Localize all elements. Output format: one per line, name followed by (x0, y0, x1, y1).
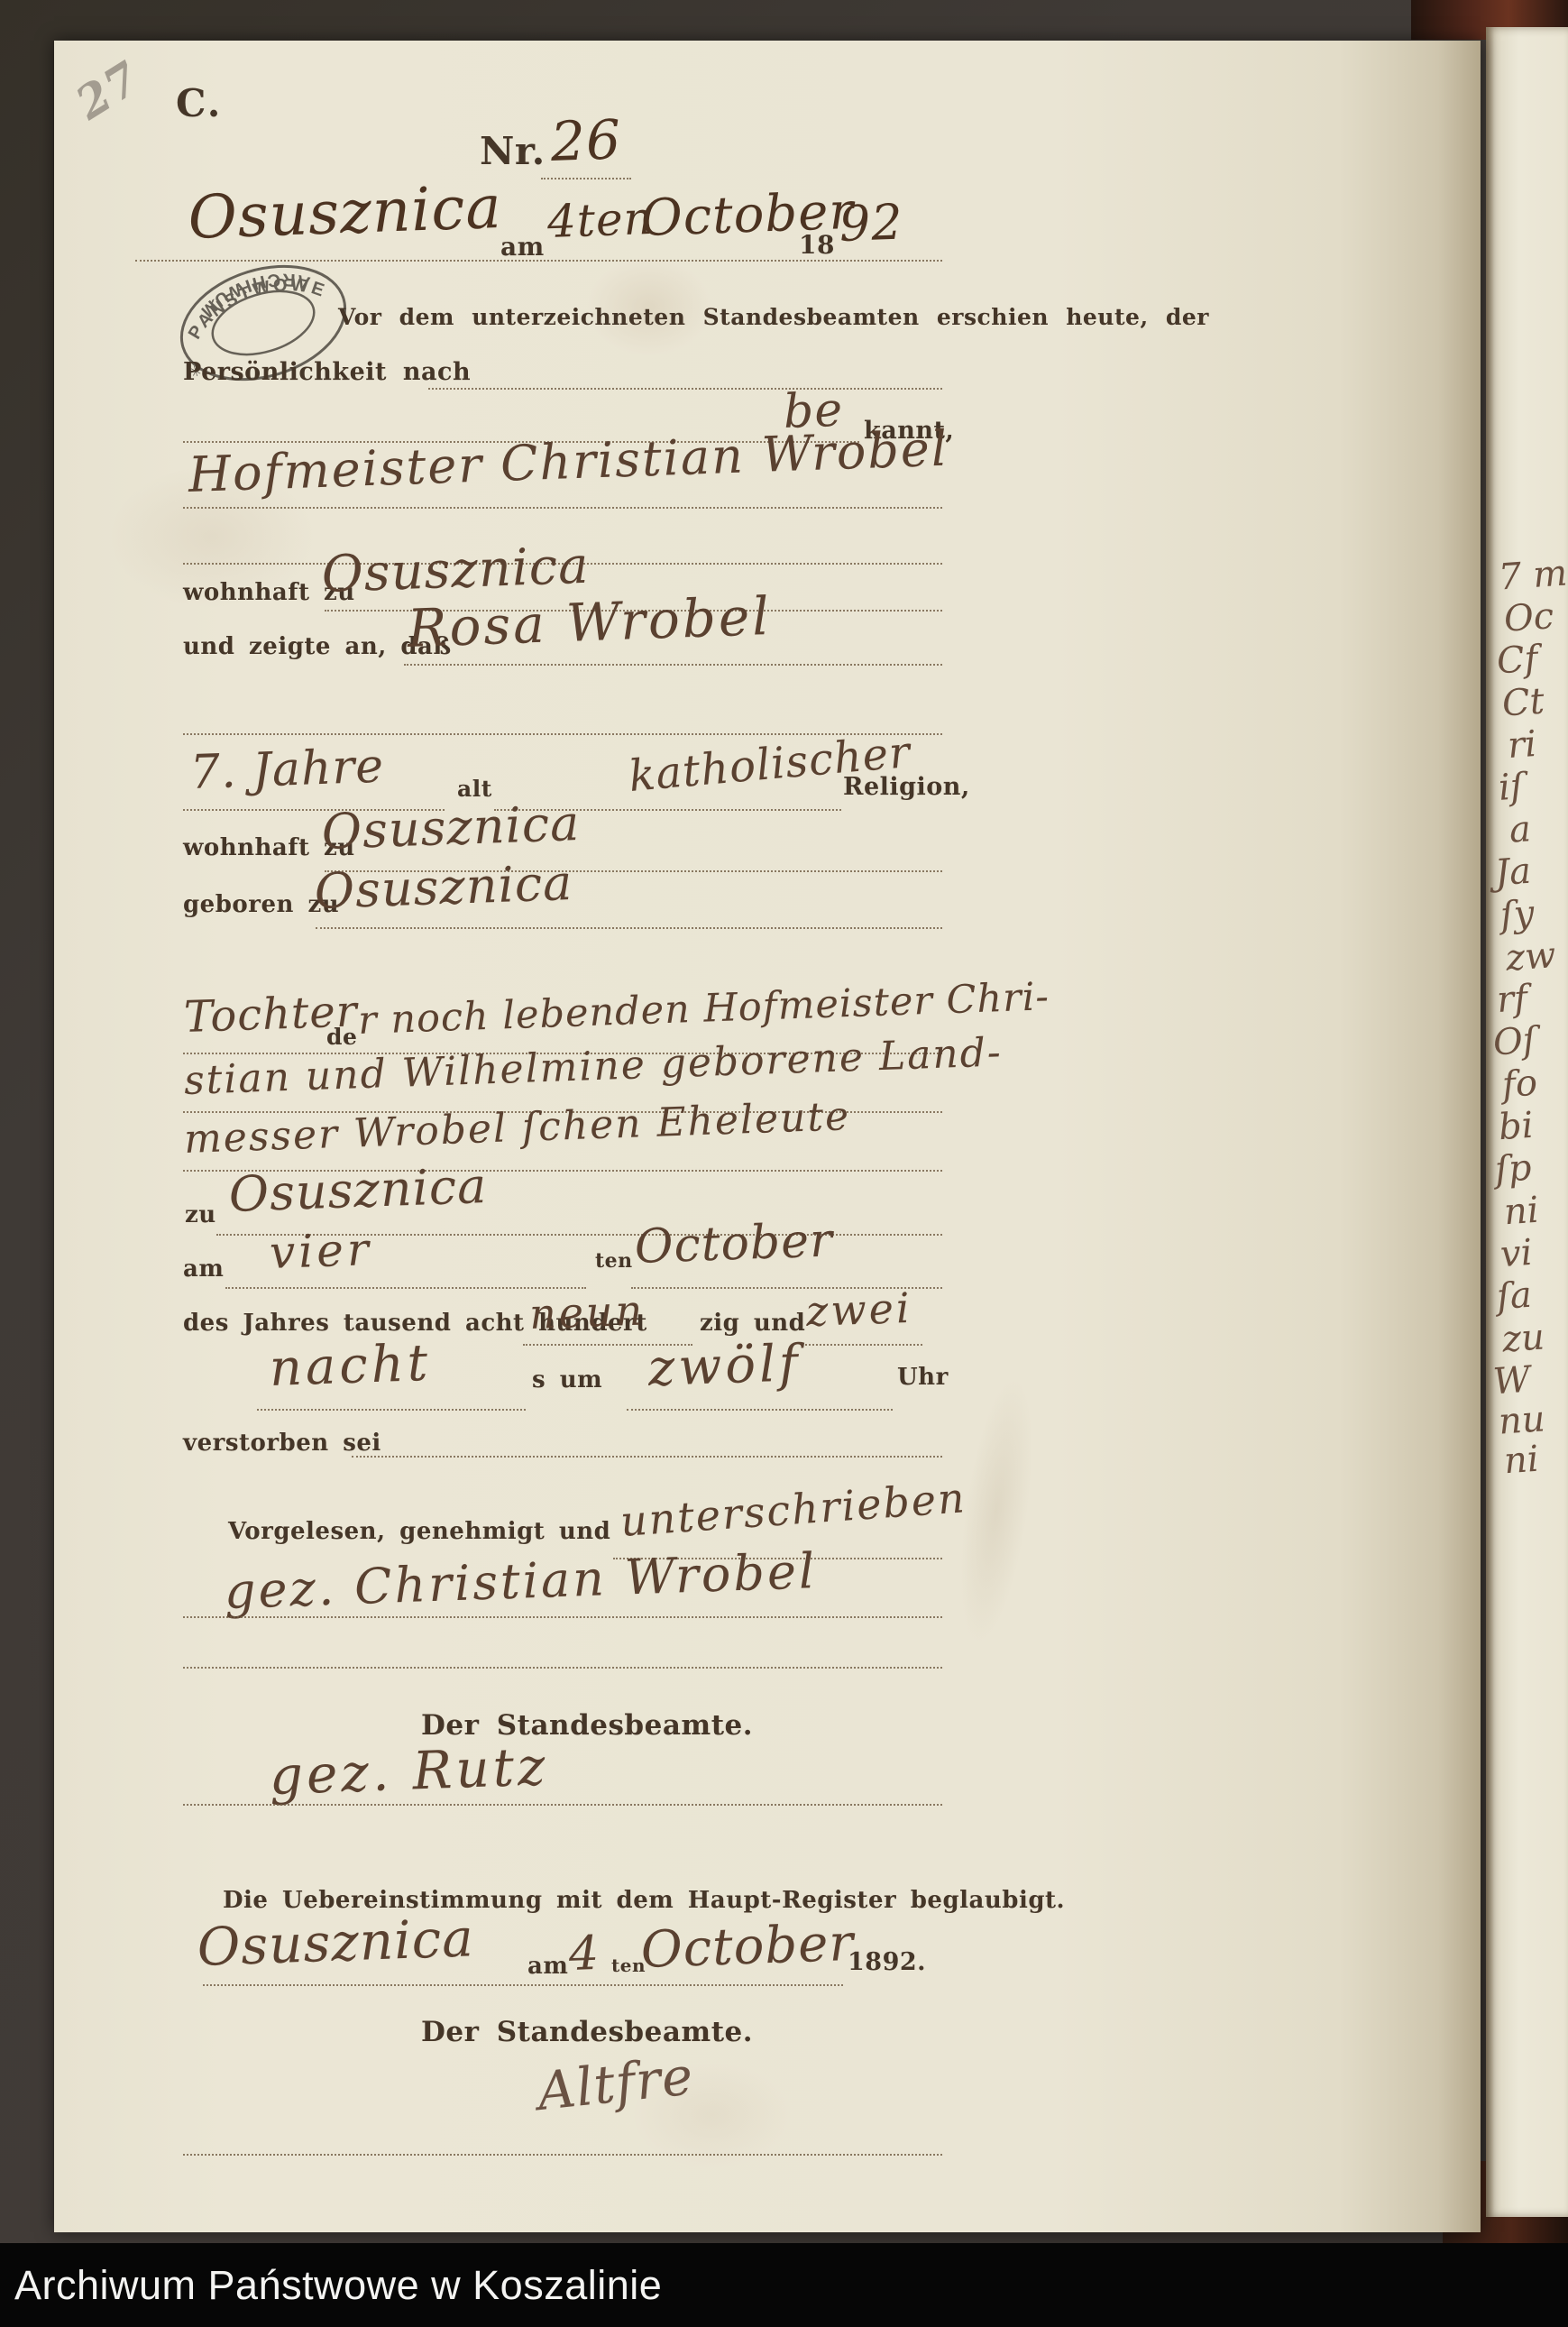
cert-am-label: am (527, 1953, 568, 1980)
handwriting-fragment: Oc (1502, 595, 1554, 640)
certification-line: Die Uebereinstimmung mit dem Haupt-Regis… (223, 1887, 1065, 1914)
cert-place: Osusznica (197, 1907, 475, 1978)
handwriting-fragment: Ct (1500, 680, 1545, 724)
religion-label: Religion, (843, 773, 970, 801)
death-time-printed2: Uhr (897, 1364, 949, 1391)
declarant-name: Hofmeister Christian Wrobel (188, 420, 949, 503)
age-value: 7. Jahre (189, 740, 385, 800)
death-time-handwritten1: nacht (269, 1334, 433, 1398)
dotted-line (183, 2154, 942, 2156)
form-intro-line: Vor dem unterzeichneten Standesbeamten e… (338, 304, 1209, 330)
dotted-line (203, 1984, 843, 1986)
pencil-page-number: 27 (67, 51, 150, 130)
adjacent-page-edge: 7 m Oc Cf Ct ri iſ a Ja ſy zw rf Oſ fo b… (1486, 27, 1568, 2217)
dotted-line (183, 507, 942, 509)
dotted-line (352, 1456, 942, 1458)
readout-printed: Vorgelesen, genehmigt und (228, 1518, 610, 1545)
dotted-line (183, 1667, 942, 1669)
death-day-label: am (183, 1255, 224, 1283)
final-signature: Altfre (535, 2045, 696, 2122)
handwriting-fragment: bi (1497, 1105, 1535, 1149)
handwriting-fragment: ſp (1493, 1147, 1533, 1191)
registrar-heading-2: Der Standesbeamte. (421, 2016, 753, 2048)
residence2-value: Osusznica (321, 795, 581, 860)
handwriting-fragment: ſy (1499, 893, 1536, 936)
dotted-line (316, 927, 942, 929)
dotted-line (428, 388, 942, 390)
birth-value: Osusznica (314, 854, 573, 920)
dateline-year-handwritten: 92 (839, 194, 904, 253)
handwriting-fragment: 7 m (1497, 552, 1568, 598)
death-day-value: vier (269, 1223, 373, 1279)
record-number-value: 26 (550, 108, 623, 174)
death-place-value: Osusznica (228, 1157, 488, 1223)
handwriting-fragment: ni (1502, 1439, 1540, 1483)
handwriting-fragment: W (1491, 1359, 1531, 1403)
handwriting-fragment: Cf (1495, 638, 1539, 682)
register-form-page: 27 C. Nr. 26 Osusznica am 4ten October 1… (54, 41, 1481, 2232)
parents-line1-printed: de (326, 1024, 357, 1050)
handwriting-fragment: zw (1504, 934, 1556, 980)
handwriting-fragment: ri (1506, 723, 1537, 767)
death-place-label: zu (185, 1201, 216, 1228)
dotted-line (257, 1409, 526, 1411)
dotted-line (541, 178, 631, 179)
dotted-line (135, 260, 942, 262)
corner-letter: C. (176, 81, 222, 125)
readout-handwritten: unterschrieben (619, 1473, 967, 1546)
dotted-line (801, 1344, 922, 1346)
scanned-register-page: 7 m Oc Cf Ct ri iſ a Ja ſy zw rf Oſ fo b… (0, 0, 1568, 2327)
handwriting-fragment: iſ (1497, 766, 1525, 809)
handwriting-fragment: ſa (1495, 1274, 1533, 1319)
dotted-line (183, 1804, 942, 1806)
handwriting-fragment: Ja (1493, 851, 1532, 895)
personality-label: Persönlichkeit nach (183, 358, 471, 386)
dateline-place: Osusznica (187, 172, 503, 253)
death-day-suffix: ten (595, 1249, 633, 1273)
death-time-printed1: s um (532, 1366, 602, 1393)
archive-footer-bar: Archiwum Państwowe w Koszalinie (0, 2243, 1568, 2327)
dotted-line (225, 1287, 586, 1289)
death-year-handwritten2: zwei (805, 1283, 912, 1336)
death-year-handwritten1: neun (528, 1286, 646, 1338)
cert-year: 1892. (848, 1948, 926, 1976)
archive-name: Archiwum Państwowe w Koszalinie (14, 2243, 662, 2327)
handwriting-fragment: rf (1495, 978, 1528, 1021)
handwriting-fragment: Oſ (1491, 1019, 1537, 1063)
dateline-year-printed: 18 (799, 230, 835, 260)
closing-printed: verstorben sei (183, 1430, 381, 1457)
dotted-line (183, 1616, 942, 1618)
dateline-am-label: am (500, 232, 545, 262)
parents-line3: messer Wrobel ſchen Eheleute (183, 1093, 851, 1163)
declarant-signature: gez. Christian Wrobel (224, 1542, 818, 1620)
dotted-line (627, 1409, 893, 1411)
cert-day: 4 (568, 1927, 601, 1982)
dateline-day: 4ten (546, 192, 655, 248)
death-year-mid-printed: zig und (700, 1310, 805, 1337)
dotted-line (404, 664, 942, 666)
deceased-name: Rosa Wrobel (407, 585, 773, 659)
death-time-handwritten2: zwölf (647, 1334, 802, 1398)
cert-month: October (640, 1914, 855, 1980)
handwriting-fragment: vi (1499, 1232, 1534, 1275)
handwriting-fragment: ni (1502, 1190, 1540, 1234)
handwriting-fragment: nu (1497, 1398, 1546, 1442)
handwriting-fragment: a (1508, 808, 1532, 851)
handwriting-fragment: zu (1500, 1316, 1545, 1360)
handwriting-fragment: fo (1500, 1062, 1538, 1107)
record-number-label: Nr. (480, 129, 546, 173)
registrar-heading: Der Standesbeamte. (421, 1709, 753, 1742)
death-month-value: October (634, 1213, 834, 1274)
registrar-signature: gez. Rutz (269, 1735, 550, 1807)
parents-line2: stian und Wilhelmine geborene Land- (183, 1029, 1003, 1104)
